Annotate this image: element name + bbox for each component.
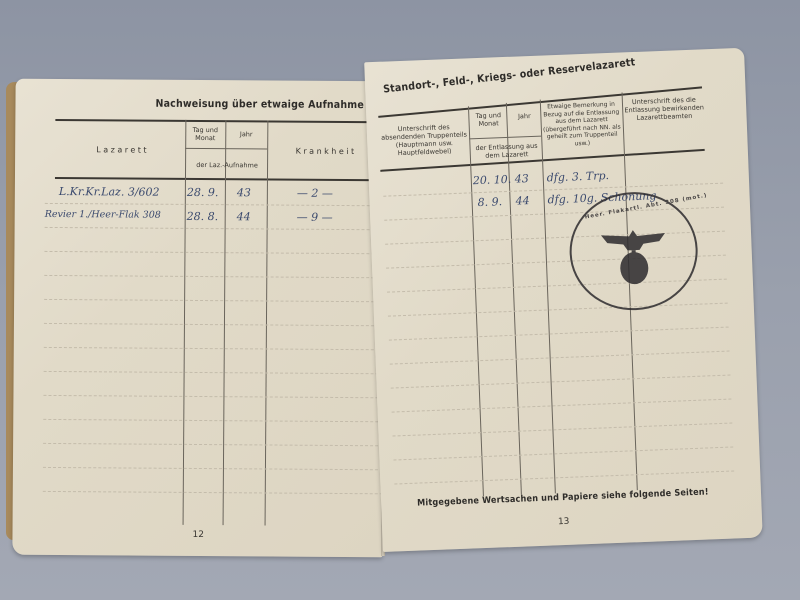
subheader-rule: [469, 136, 541, 140]
col-header-unterschrift-truppenteil: Unterschrift des absendenden Truppenteil…: [381, 122, 468, 158]
col-header-jahr: Jahr: [227, 130, 265, 138]
cell-jahr: 44: [515, 194, 529, 208]
cell-tag-monat: 8. 9.: [477, 195, 502, 209]
footer-note: Mitgegebene Wertsachen und Papiere siehe…: [417, 487, 709, 508]
cell-bemerkung: dfg. 3. Trp.: [547, 169, 610, 184]
header-top-rule: [55, 119, 385, 123]
cell-tag-monat: 28. 9.: [187, 186, 219, 199]
ruled-line: [44, 299, 384, 302]
ruled-line: [44, 251, 384, 254]
ruled-line: [391, 375, 731, 389]
eagle-emblem-icon: [593, 221, 676, 294]
open-pay-book: Nachweisung über etwaige Aufnahme in ein…: [0, 0, 800, 600]
ruled-line: [43, 467, 383, 470]
ruled-line: [45, 203, 385, 206]
ruled-line: [44, 371, 384, 374]
ruled-line: [43, 395, 383, 398]
table-row: Revier 1./Heer-Flak 308 28. 8. 44 — 9 —: [16, 79, 386, 82]
cell-jahr: 44: [237, 210, 251, 223]
col-subheader-aufnahme: der Laz.-Aufnahme: [187, 161, 267, 170]
header-bottom-rule: [55, 177, 385, 181]
cell-tag-monat: 20. 10.: [473, 173, 512, 187]
col-header-tag-monat: Tag und Monat: [187, 126, 223, 143]
ruled-line: [44, 347, 384, 350]
cell-krankheit: — 9 —: [297, 211, 333, 224]
table-row: 20. 10. 43 dfg. 3. Trp.: [364, 48, 744, 63]
cell-lazarett: L.Kr.Kr.Laz. 3/602: [59, 185, 160, 199]
cell-lazarett: Revier 1./Heer-Flak 308: [45, 209, 161, 221]
ruled-line: [392, 399, 732, 413]
table-row: L.Kr.Kr.Laz. 3/602 28. 9. 43 — 2 —: [16, 79, 386, 82]
cell-tag-monat: 28. 8.: [187, 210, 219, 223]
ruled-line: [43, 419, 383, 422]
ruled-line: [389, 327, 729, 341]
col-header-krankheit: Krankheit: [271, 146, 381, 157]
ruled-line: [394, 470, 734, 484]
right-page: Standort-, Feld-, Kriegs- oder Reservela…: [364, 48, 763, 552]
ruled-line: [393, 446, 733, 460]
left-page-title: Nachweisung über etwaige Aufnahme in ein: [155, 98, 398, 112]
page-number-left: 12: [192, 530, 204, 540]
column-divider: [265, 120, 269, 525]
col-header-jahr: Jahr: [508, 112, 540, 121]
column-divider: [183, 120, 187, 525]
column-divider: [223, 120, 227, 525]
left-page: Nachweisung über etwaige Aufnahme in ein…: [12, 79, 385, 558]
ruled-line: [43, 491, 383, 494]
ruled-line: [44, 275, 384, 278]
cell-jahr: 43: [515, 172, 529, 186]
ruled-line: [43, 443, 383, 446]
ruled-line: [388, 303, 728, 317]
col-header-tag-monat: Tag und Monat: [470, 111, 507, 129]
ruled-line: [390, 351, 730, 365]
cell-jahr: 43: [237, 186, 251, 199]
col-subheader-entlassung: der Entlassung aus dem Lazarett: [471, 142, 542, 161]
ruled-line: [45, 227, 385, 230]
page-number-right: 13: [558, 517, 570, 527]
col-header-bemerkung: Etwaige Bemerkung in Bezug auf die Entla…: [542, 101, 622, 149]
right-page-title: Standort-, Feld-, Kriegs- oder Reservela…: [383, 56, 636, 95]
cell-krankheit: — 2 —: [297, 187, 333, 200]
ruled-line: [393, 422, 733, 436]
col-header-lazarett: Lazarett: [65, 145, 180, 156]
col-header-unterschrift-beamter: Unterschrift des die Entlassung bewirken…: [624, 95, 705, 122]
table-row: 8. 9. 44 dfg. 10g. Schonung: [364, 48, 744, 63]
ruled-line: [44, 323, 384, 326]
